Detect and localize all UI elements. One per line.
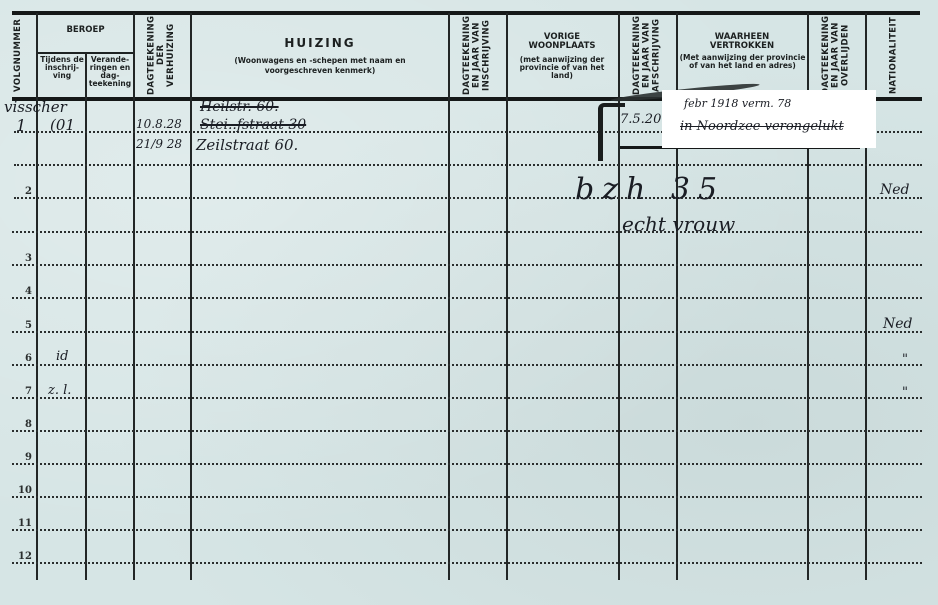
row-number-5: 5 [25, 320, 32, 331]
header-dagteekening-verhuizing: DAGTEEKENING DER VERHUIZING [135, 14, 189, 96]
row-line-2b [12, 231, 922, 233]
row-number-10: 10 [18, 485, 32, 496]
row-number-3: 3 [25, 253, 32, 264]
header-beroep: BEROEP [38, 26, 133, 35]
handwritten-nationaliteit-row5: Ned [883, 316, 913, 332]
row-line-4 [12, 297, 922, 299]
row-line-8 [12, 430, 922, 432]
row-line-11 [12, 529, 922, 531]
handwritten-huizing-line-1: Heilstr. 60. [200, 99, 279, 115]
handwritten-huizing-line-2: Stei..fstraat 30 [200, 117, 306, 133]
handwritten-beroep-note: visscher [4, 98, 67, 116]
row-line-5 [12, 331, 922, 333]
row-number-4: 4 [25, 286, 32, 297]
row-number-2: 2 [25, 186, 32, 197]
row-line-2 [14, 197, 922, 199]
header-nationaliteit: NATIONALITEIT [867, 14, 922, 96]
row-line-6 [12, 364, 922, 366]
handwritten-row7-beroep: z. l. [48, 383, 71, 398]
header-beroep-veranderingen: Verande- ringen en dag- teekening [87, 56, 133, 88]
row-line-9 [12, 463, 922, 465]
header-huizing-sub: (Woonwagens en -schepen met naam en voor… [220, 56, 420, 76]
header-huizing: HUIZING [192, 37, 448, 50]
row-number-11: 11 [18, 518, 32, 529]
handwritten-nationaliteit-row6: " [902, 352, 908, 367]
handwritten-waarheen-line-2: in Noordzee verongelukt [680, 119, 844, 134]
row-line-12 [12, 562, 922, 564]
header-dagteekening-inschrijving: DAGTEEKENING EN JAAR VAN INSCHRIJVING [450, 14, 505, 96]
handwritten-middle-note-2: echt vrouw [622, 212, 735, 236]
row-line-1b [14, 164, 922, 166]
handwritten-row1-number: 1 [16, 116, 26, 135]
handwritten-nationaliteit-row2: Ned [880, 182, 910, 198]
header-waarheen: WAARHEEN VERTROKKEN [690, 33, 794, 51]
header-beroep-tijdens: Tijdens de inschrij- ving [39, 56, 85, 80]
header-waarheen-sub: (Met aanwijzing der provincie of van het… [679, 54, 806, 70]
row-number-7: 7 [25, 386, 32, 397]
handwritten-middle-note-1: bzh 35 [575, 172, 725, 207]
header-vorige-sub: (met aanwijzing der provincie of van het… [514, 56, 610, 80]
handwritten-huizing-line-3: Zeilstraat 60. [196, 136, 298, 154]
handwritten-nationaliteit-row7: " [902, 385, 908, 400]
registration-card: VOLGNUMMER BEROEP Tijdens de inschrij- v… [0, 0, 938, 605]
row-line-3 [12, 264, 922, 266]
row-number-8: 8 [25, 419, 32, 430]
handwritten-verhuizing-date-1: 10.8.28 [136, 117, 182, 131]
handwritten-row6-beroep: id [56, 349, 68, 364]
row-line-10 [12, 496, 922, 498]
header-vorige-woonplaats: VORIGE WOONPLAATS [520, 33, 604, 51]
handwritten-row1-beroep: (01 [50, 116, 75, 134]
header-dagteekening-overlijden: DAGTEEKENING EN JAAR VAN OVERLIJDEN [809, 14, 864, 96]
row-line-7 [12, 397, 922, 399]
row-number-6: 6 [25, 353, 32, 364]
handwritten-waarheen-line-1: febr 1918 verm. 78 [684, 97, 791, 110]
handwritten-verhuizing-date-2: 21/9 28 [136, 137, 182, 151]
header-volgnummer: VOLGNUMMER [4, 14, 34, 96]
row-number-9: 9 [25, 452, 32, 463]
row-number-12: 12 [18, 551, 32, 562]
handwritten-afschrijving-date: 7.5.20 [620, 112, 661, 127]
header-dagteekening-afschrijving: DAGTEEKENING EN JAAR VAN AFSCHRIJVING [620, 14, 675, 96]
